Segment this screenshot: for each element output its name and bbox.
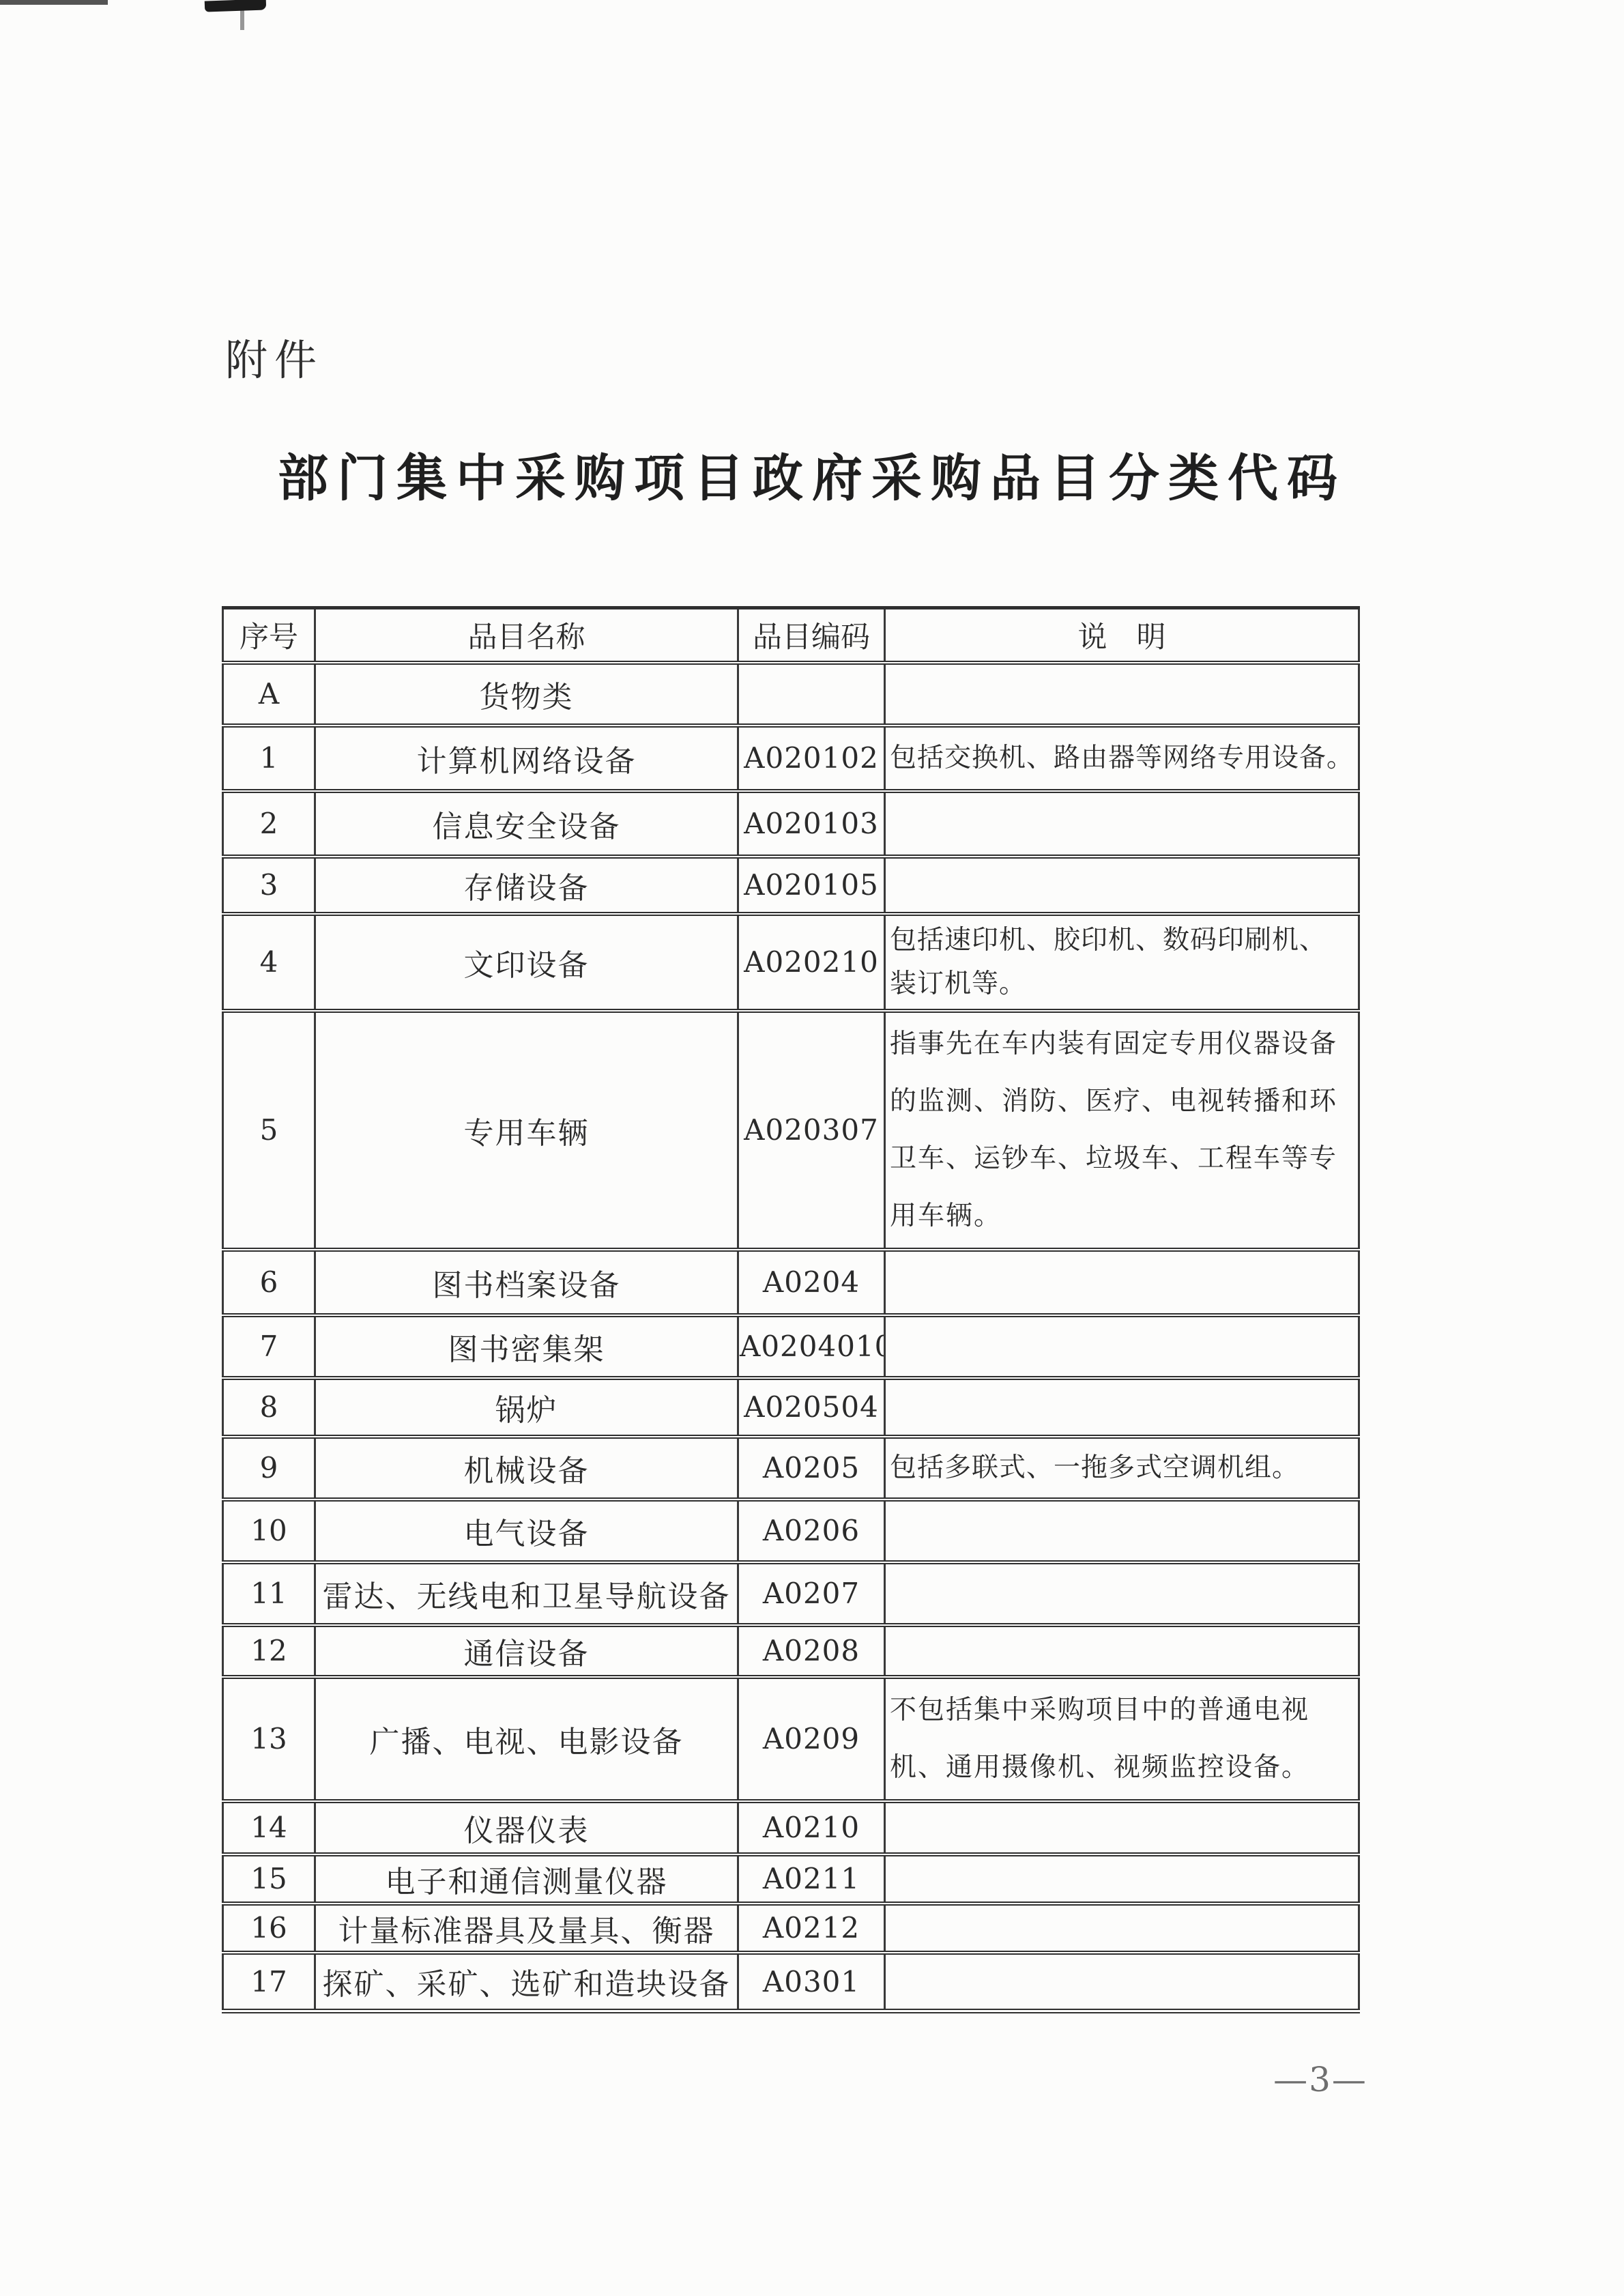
item-description-cell — [885, 1625, 1359, 1677]
item-code-cell — [738, 663, 885, 726]
table-row: 3存储设备A020105 — [223, 857, 1359, 914]
row-number-cell: 8 — [223, 1378, 315, 1437]
row-number-cell: 14 — [223, 1801, 315, 1854]
row-number-cell: 2 — [223, 791, 315, 857]
row-number-cell: 5 — [223, 1011, 315, 1250]
item-name-cell: 存储设备 — [315, 857, 738, 914]
item-description-cell — [885, 857, 1359, 914]
item-code-cell: A020105 — [738, 857, 885, 914]
table-row: 13广播、电视、电影设备A0209不包括集中采购项目中的普通电视 机、通用摄像机… — [223, 1677, 1359, 1801]
item-name-cell: 专用车辆 — [315, 1011, 738, 1250]
item-code-cell: A0207 — [738, 1562, 885, 1625]
item-name-cell: 图书密集架 — [315, 1315, 738, 1378]
col-header-code: 品目编码 — [738, 608, 885, 663]
item-code-cell: A0301 — [738, 1953, 885, 2011]
page-number: —3— — [1259, 2060, 1382, 2099]
item-name-cell: 广播、电视、电影设备 — [315, 1677, 738, 1801]
item-code-cell: A0212 — [738, 1904, 885, 1953]
item-name-cell: 通信设备 — [315, 1625, 738, 1677]
item-code-cell: A020103 — [738, 791, 885, 857]
table-header-row: 序号品目名称品目编码说 明 — [223, 608, 1359, 663]
item-description-cell — [885, 1562, 1359, 1625]
item-name-cell: 电气设备 — [315, 1499, 738, 1562]
row-number-cell: 13 — [223, 1677, 315, 1801]
item-description-cell: 包括交换机、路由器等网络专用设备。 — [885, 726, 1359, 791]
item-name-cell: 计量标准器具及量具、衡器 — [315, 1904, 738, 1953]
item-description-cell — [885, 1904, 1359, 1953]
item-description-cell — [885, 1801, 1359, 1854]
row-number-cell: 1 — [223, 726, 315, 791]
scan-artifact-bar — [0, 0, 108, 5]
table-row: 2信息安全设备A020103 — [223, 791, 1359, 857]
item-name-cell: 电子和通信测量仪器 — [315, 1854, 738, 1904]
item-description-cell: 指事先在车内装有固定专用仪器设备 的监测、消防、医疗、电视转播和环 卫车、运钞车… — [885, 1011, 1359, 1250]
item-code-cell: A0211 — [738, 1854, 885, 1904]
item-description-cell: 包括多联式、一拖多式空调机组。 — [885, 1437, 1359, 1499]
item-description-cell — [885, 1250, 1359, 1315]
row-number-cell: 12 — [223, 1625, 315, 1677]
table-row: 16计量标准器具及量具、衡器A0212 — [223, 1904, 1359, 1953]
table-row: 8锅炉A020504 — [223, 1378, 1359, 1437]
col-header-no: 序号 — [223, 608, 315, 663]
item-name-cell: 信息安全设备 — [315, 791, 738, 857]
row-number-cell: 9 — [223, 1437, 315, 1499]
item-description-cell — [885, 1499, 1359, 1562]
item-name-cell: 图书档案设备 — [315, 1250, 738, 1315]
item-description-cell — [885, 663, 1359, 726]
table-row: 10电气设备A0206 — [223, 1499, 1359, 1562]
item-code-cell: A0206 — [738, 1499, 885, 1562]
col-header-name: 品目名称 — [315, 608, 738, 663]
scan-artifact-tail — [240, 10, 244, 30]
scan-artifact-blob — [205, 0, 267, 12]
table-row: 4文印设备A020210包括速印机、胶印机、数码印刷机、 装订机等。 — [223, 914, 1359, 1011]
item-code-cell: A020102 — [738, 726, 885, 791]
item-code-cell: A020504 — [738, 1378, 885, 1437]
row-number-cell: 7 — [223, 1315, 315, 1378]
table-row: 11雷达、无线电和卫星导航设备A0207 — [223, 1562, 1359, 1625]
document-title: 部门集中采购项目政府采购品目分类代码 — [0, 438, 1624, 511]
item-code-cell: A020210 — [738, 914, 885, 1011]
item-description-cell: 包括速印机、胶印机、数码印刷机、 装订机等。 — [885, 914, 1359, 1011]
item-code-cell: A020307 — [738, 1011, 885, 1250]
row-number-cell: 4 — [223, 914, 315, 1011]
scanned-document-page: 附件 部门集中采购项目政府采购品目分类代码 序号品目名称品目编码说 明 A货物类… — [0, 0, 1624, 2296]
item-code-cell: A0209 — [738, 1677, 885, 1801]
item-name-cell: 货物类 — [315, 663, 738, 726]
item-name-cell: 计算机网络设备 — [315, 726, 738, 791]
table-row: 17探矿、采矿、选矿和造块设备A0301 — [223, 1953, 1359, 2011]
item-description-cell — [885, 1953, 1359, 2011]
item-name-cell: 雷达、无线电和卫星导航设备 — [315, 1562, 738, 1625]
item-description-cell: 不包括集中采购项目中的普通电视 机、通用摄像机、视频监控设备。 — [885, 1677, 1359, 1801]
table-row: A货物类 — [223, 663, 1359, 726]
item-code-cell: A0204 — [738, 1250, 885, 1315]
item-code-cell: A02040101 — [738, 1315, 885, 1378]
row-number-cell: 16 — [223, 1904, 315, 1953]
attachment-label: 附件 — [225, 326, 323, 387]
row-number-cell: 15 — [223, 1854, 315, 1904]
item-code-cell: A0205 — [738, 1437, 885, 1499]
item-code-cell: A0210 — [738, 1801, 885, 1854]
item-name-cell: 探矿、采矿、选矿和造块设备 — [315, 1953, 738, 2011]
item-name-cell: 文印设备 — [315, 914, 738, 1011]
table-row: 14仪器仪表A0210 — [223, 1801, 1359, 1854]
item-description-cell — [885, 1378, 1359, 1437]
row-number-cell: 10 — [223, 1499, 315, 1562]
item-description-cell — [885, 1315, 1359, 1378]
item-description-cell — [885, 1854, 1359, 1904]
row-number-cell: 3 — [223, 857, 315, 914]
table-row: 12通信设备A0208 — [223, 1625, 1359, 1677]
col-header-desc: 说 明 — [885, 608, 1359, 663]
item-description-cell — [885, 791, 1359, 857]
item-code-cell: A0208 — [738, 1625, 885, 1677]
item-name-cell: 仪器仪表 — [315, 1801, 738, 1854]
row-number-cell: 17 — [223, 1953, 315, 2011]
item-name-cell: 机械设备 — [315, 1437, 738, 1499]
row-number-cell: A — [223, 663, 315, 726]
table-row: 6图书档案设备A0204 — [223, 1250, 1359, 1315]
item-name-cell: 锅炉 — [315, 1378, 738, 1437]
row-number-cell: 11 — [223, 1562, 315, 1625]
table-row: 9机械设备A0205包括多联式、一拖多式空调机组。 — [223, 1437, 1359, 1499]
table-row: 5专用车辆A020307指事先在车内装有固定专用仪器设备 的监测、消防、医疗、电… — [223, 1011, 1359, 1250]
table-row: 15电子和通信测量仪器A0211 — [223, 1854, 1359, 1904]
table-row: 7图书密集架A02040101 — [223, 1315, 1359, 1378]
row-number-cell: 6 — [223, 1250, 315, 1315]
classification-code-table: 序号品目名称品目编码说 明 A货物类1计算机网络设备A020102包括交换机、路… — [222, 606, 1360, 2013]
table-row: 1计算机网络设备A020102包括交换机、路由器等网络专用设备。 — [223, 726, 1359, 791]
